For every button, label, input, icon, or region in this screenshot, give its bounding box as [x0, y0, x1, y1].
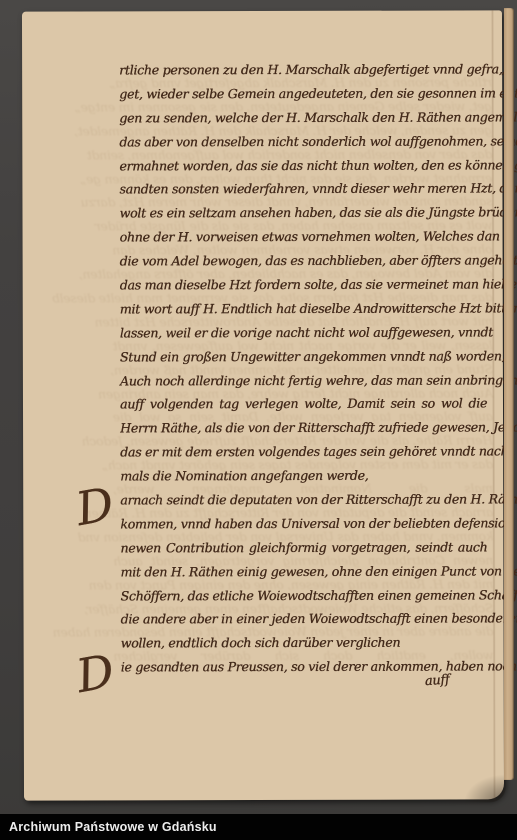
manuscript-line: newen Contribution gleichformig vorgetra…	[120, 535, 487, 560]
manuscript-line: Auch noch allerdinge nicht fertig wehre,…	[120, 368, 487, 393]
manuscript-line: das aber von denselben nicht sonderlich …	[119, 129, 486, 154]
manuscript-line: lassen, weil er die vorige nacht nicht w…	[120, 320, 487, 345]
manuscript-line: kommen, vnnd haben das Universal von der…	[120, 511, 487, 536]
manuscript-line: arnach seindt die deputaten von der Ritt…	[120, 487, 487, 512]
manuscript-line: die vom Adel bewogen, das es nachblieben…	[120, 249, 487, 274]
page-curl-shadow	[446, 756, 506, 802]
manuscript-text: rtliche personen zu den H. Marschalk abg…	[119, 57, 488, 703]
paragraph: rtliche personen zu den H. Marschalk abg…	[119, 57, 487, 488]
manuscript-line: Stund ein großen Ungewitter angekommen v…	[120, 344, 487, 369]
archive-watermark-label: Archiwum Państwowe w Gdańsku	[9, 820, 217, 834]
manuscript-line: mals die Nomination angefangen werde,	[120, 464, 487, 489]
decorative-initial: D	[72, 644, 118, 704]
manuscript-page: rtliche personen zu den H. Marschalk abg…	[22, 10, 504, 800]
manuscript-line: ohne der H. vorweisen etwas vornehmen wo…	[120, 225, 487, 250]
page-stack-edge	[504, 8, 514, 780]
manuscript-line: die andere aber in einer jeden Woiewodts…	[121, 607, 488, 632]
manuscript-line: auff volgenden tag verlegen wolte, Damit…	[120, 392, 487, 417]
scan-background: rtliche personen zu den H. Marschalk abg…	[0, 0, 517, 840]
manuscript-line: gen zu senden, welche der H. Marschalk d…	[119, 105, 486, 130]
manuscript-line: wollen, endtlich doch sich darüber vergl…	[121, 631, 488, 656]
manuscript-line: get, wieder selbe Gemein angedeuteten, d…	[119, 81, 486, 106]
manuscript-line: mit den H. Räthen einig gewesen, ohne de…	[120, 559, 487, 584]
manuscript-line: Herrn Räthe, als die von der Ritterschaf…	[120, 416, 487, 441]
manuscript-line: mit wort auff H. Endtlich hat dieselbe A…	[120, 296, 487, 321]
page-crease	[491, 10, 496, 799]
manuscript-line: das er mit dem ersten volgendes tages se…	[120, 440, 487, 465]
manuscript-line: sandten sonsten wiederfahren, vnndt dies…	[119, 177, 486, 202]
manuscript-line: das man dieselbe Hzt fordern solte, das …	[120, 272, 487, 297]
manuscript-line: rtliche personen zu den H. Marschalk abg…	[119, 57, 486, 82]
manuscript-line: ermahnet worden, das sie das nicht thun …	[119, 153, 486, 178]
archive-watermark-bar: Archiwum Państwowe w Gdańsku	[0, 814, 517, 840]
paragraph: Darnach seindt die deputaten von der Rit…	[120, 487, 487, 655]
manuscript-line: Schöffern, das etliche Woiewodtschafften…	[120, 583, 487, 608]
manuscript-line: wolt es ein seltzam ansehen haben, das s…	[119, 201, 486, 226]
decorative-initial: D	[72, 477, 118, 537]
